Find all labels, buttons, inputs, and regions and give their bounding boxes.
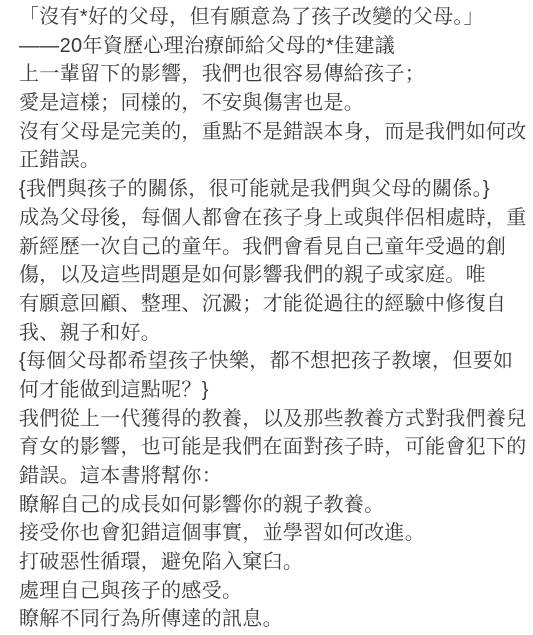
text-line: 我們從上一代獲得的教養，以及那些教養方式對我們養兒: [19, 405, 523, 434]
text-line: 錯誤。這本書將幫你：: [19, 462, 523, 491]
benefit-line: 瞭解自己的成長如何影響你的親子教養。: [19, 491, 523, 520]
text-line: 育女的影響，也可能是我們在面對孩子時，可能會犯下的: [19, 433, 523, 462]
text-line: 傷，以及這些問題是如何影響我們的親子或家庭。唯: [19, 261, 523, 290]
benefit-line: 瞭解不同行為所傳達的訊息。: [19, 605, 523, 634]
benefit-line: 打破惡性循環，避免陷入窠臼。: [19, 548, 523, 577]
text-line: 有願意回顧、整理、沉澱；才能從過往的經驗中修復自: [19, 290, 523, 319]
text-line: 成為父母後，每個人都會在孩子身上或與伴侶相處時，重: [19, 204, 523, 233]
book-description: 「沒有*好的父母，但有願意為了孩子改變的父母。」 ——20年資歷心理治療師給父母…: [0, 0, 533, 635]
text-line: 新經歷一次自己的童年。我們會看見自己童年受過的創: [19, 233, 523, 262]
highlight-line: 何才能做到這點呢？}: [19, 376, 523, 405]
text-line: 正錯誤。: [19, 146, 523, 175]
text-line: 沒有父母是完美的，重點不是錯誤本身，而是我們如何改: [19, 118, 523, 147]
highlight-line: {每個父母都希望孩子快樂，都不想把孩子教壞，但要如: [19, 347, 523, 376]
benefit-line: 接受你也會犯錯這個事實，並學習如何改進。: [19, 519, 523, 548]
benefit-line: 處理自己與孩子的感受。: [19, 577, 523, 606]
text-line: 愛是這樣；同樣的，不安與傷害也是。: [19, 89, 523, 118]
text-line: 我、親子和好。: [19, 319, 523, 348]
text-line: 上一輩留下的影響，我們也很容易傳給孩子；: [19, 60, 523, 89]
highlight-line: {我們與孩子的關係，很可能就是我們與父母的關係。}: [19, 175, 523, 204]
quote-line: 「沒有*好的父母，但有願意為了孩子改變的父母。」: [19, 3, 523, 32]
quote-attribution-line: ——20年資歷心理治療師給父母的*佳建議: [19, 32, 523, 61]
